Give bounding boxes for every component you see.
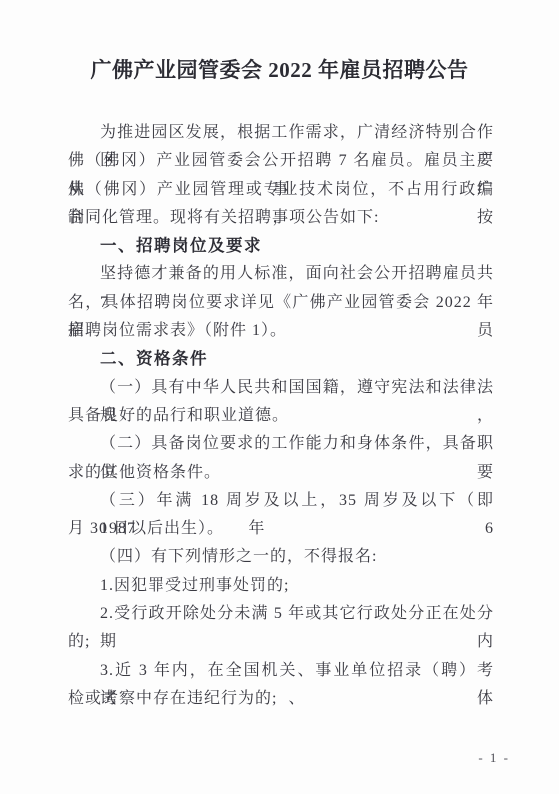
document-body: 为推进园区发展，根据工作需求，广清经济特别合作区广 佛（佛冈）产业园管委会公开招…: [68, 119, 494, 713]
page-number: - 1 -: [478, 750, 510, 766]
section-heading-recruitment-positions: 一、招聘岗位及要求: [68, 232, 494, 260]
doc-line: 坚持德才兼备的用人标准，面向社会公开招聘雇员共 7: [68, 260, 494, 288]
doc-line: 名，具体招聘岗位要求详见《广佛产业园管委会 2022 年雇员: [68, 289, 494, 317]
doc-line: （一）具有中华人民共和国国籍，遵守宪法和法律法规，: [68, 374, 494, 402]
doc-line: （四）有下列情形之一的，不得报名:: [68, 543, 494, 571]
doc-line: 为推进园区发展，根据工作需求，广清经济特别合作区广: [68, 119, 494, 147]
document-page: 广佛产业园管委会 2022 年雇员招聘公告 为推进园区发展，根据工作需求，广清经…: [0, 0, 559, 794]
document-title: 广佛产业园管委会 2022 年雇员招聘公告: [0, 54, 559, 84]
doc-line: 佛（佛冈）产业园管委会公开招聘 7 名雇员。雇员主要从事广: [68, 147, 494, 175]
doc-line: （二）具备岗位要求的工作能力和身体条件，具备职位要: [68, 430, 494, 458]
section-heading-qualifications: 二、资格条件: [68, 345, 494, 373]
doc-line: 3.近 3 年内，在全国机关、事业单位招录（聘）考试、体: [68, 657, 494, 685]
doc-line: 2.受行政开除处分未满 5 年或其它行政处分正在处分期内: [68, 600, 494, 628]
doc-line: 佛（佛冈）产业园管理或专业技术岗位，不占用行政编制，按: [68, 176, 494, 204]
doc-line: （三）年满 18 周岁及以上，35 周岁及以下（即 1987 年 6: [68, 487, 494, 515]
doc-line: 1.因犯罪受过刑事处罚的;: [68, 572, 494, 600]
